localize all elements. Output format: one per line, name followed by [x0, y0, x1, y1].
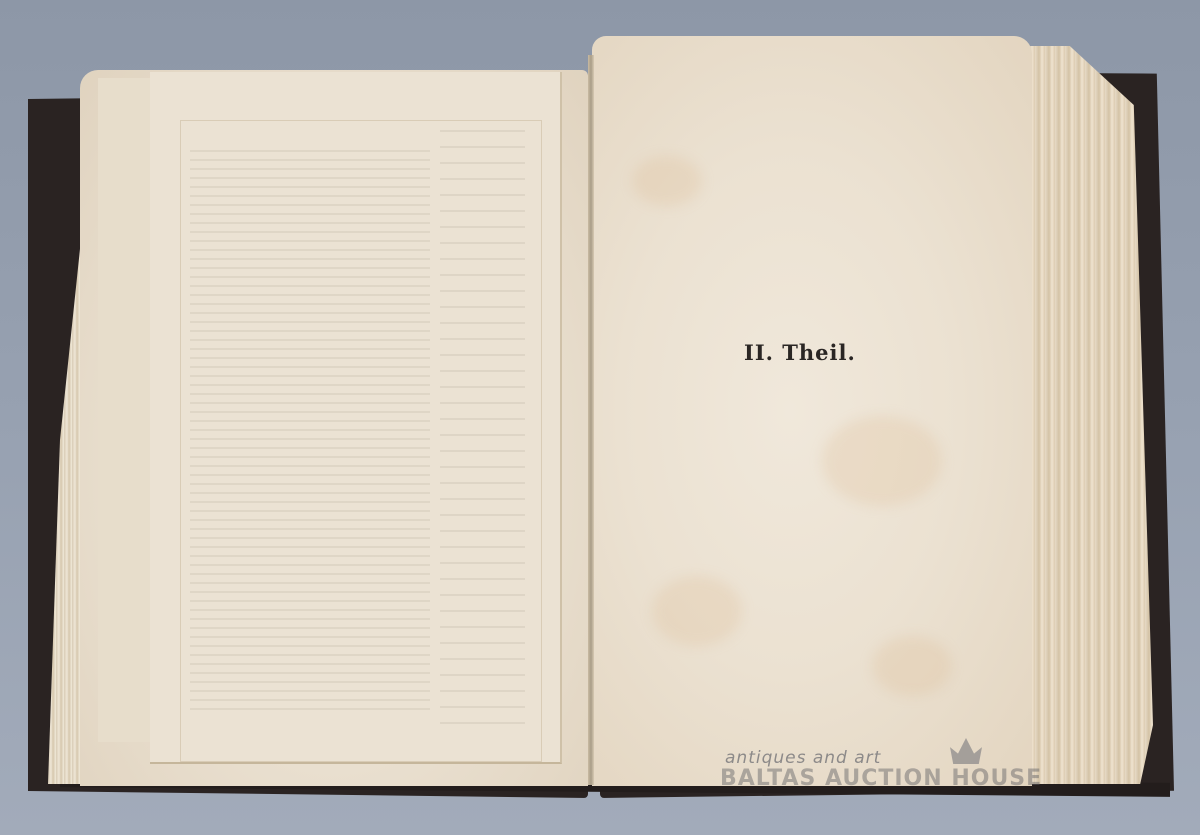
right-page: [592, 36, 1032, 786]
section-heading: II. Theil.: [744, 340, 856, 365]
index-table-column: [440, 130, 525, 730]
watermark-brand: BALTAS AUCTION HOUSE: [720, 766, 1042, 791]
index-table-text: [190, 150, 430, 710]
page-block-right-edge: [1025, 46, 1153, 784]
book-gutter: [588, 55, 594, 785]
watermark-tagline: antiques and art: [725, 748, 881, 768]
